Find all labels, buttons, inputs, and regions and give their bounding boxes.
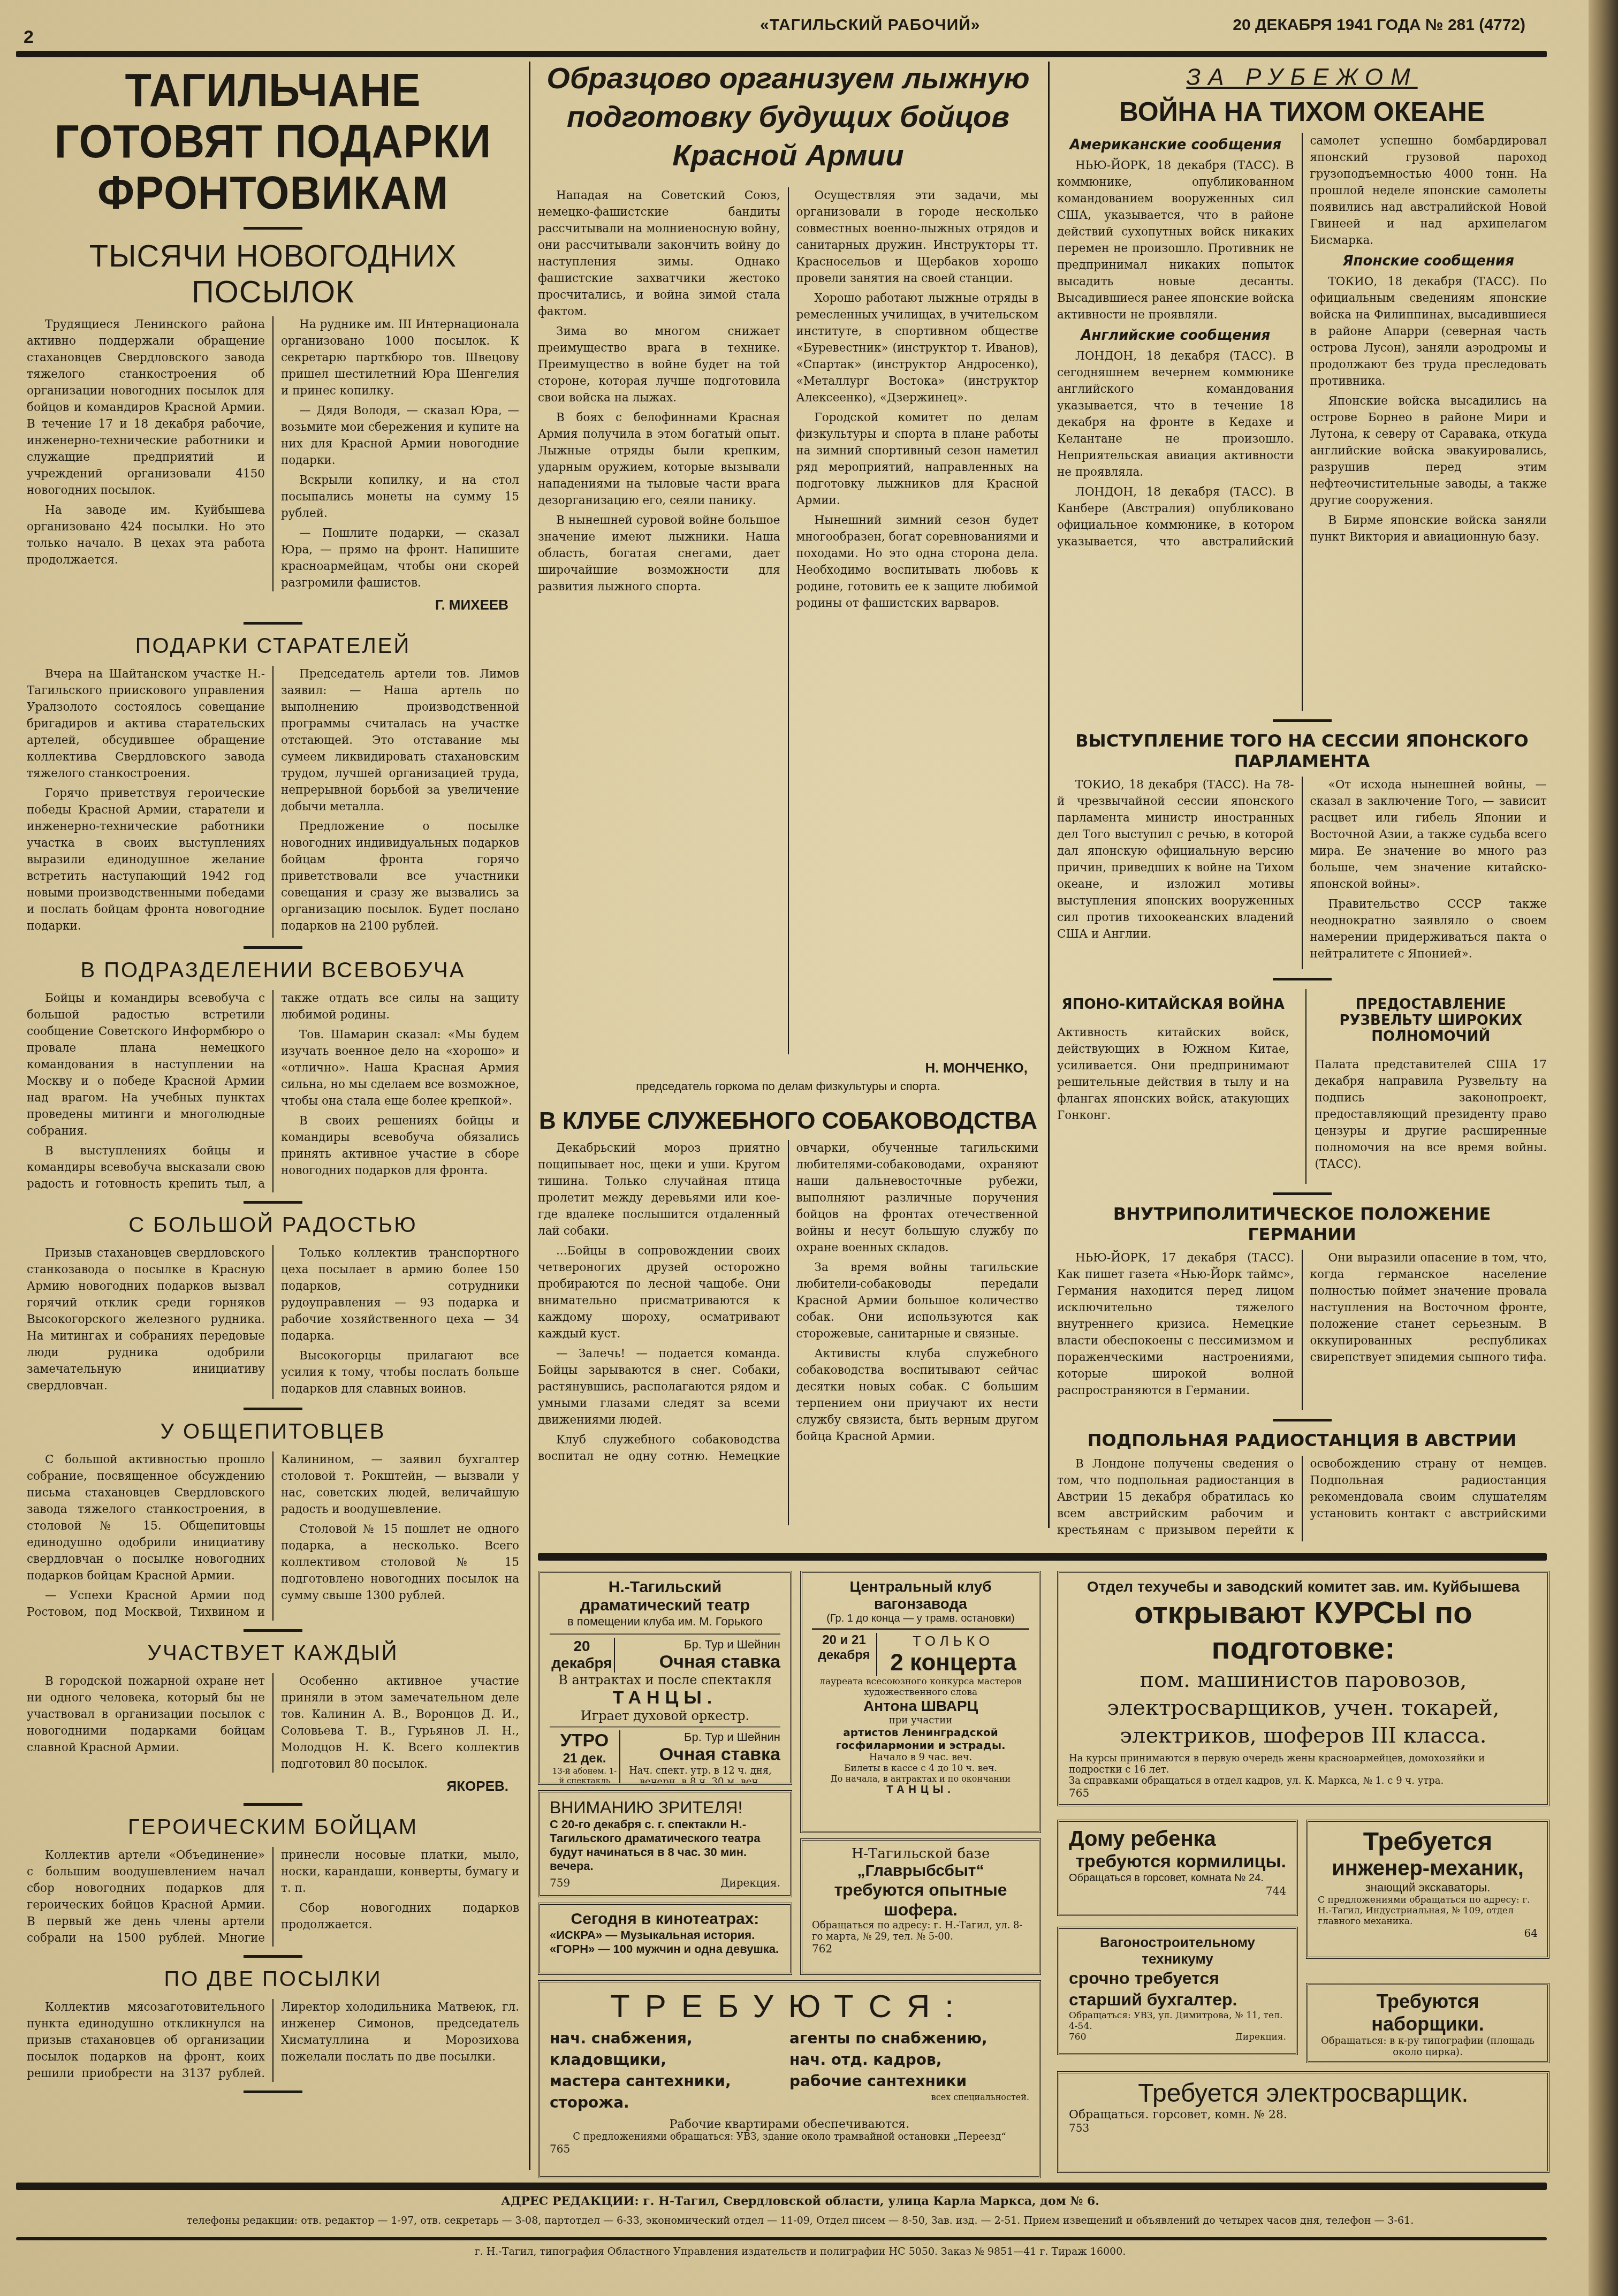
article-author: Г. МИХЕЕВ	[27, 597, 508, 613]
ski-author: Н. МОНЧЕНКО,	[538, 1060, 1028, 1076]
vacancy-item: нач. отд. кадров,	[789, 2049, 1029, 2071]
vacancy-item: агенты по снабжению,	[789, 2028, 1029, 2049]
page-edge	[1589, 0, 1618, 2296]
paragraph: С большой активностью прошло собрание, п…	[27, 1451, 265, 1584]
news-subtitle: Японские сообщения	[1310, 253, 1547, 269]
accountant-title: срочно требуется старший бухгалтер.	[1069, 1967, 1286, 2010]
course-item: электриков, шоферов III класса.	[1069, 1722, 1538, 1750]
paragraph: — Залечь! — подается команда. Бойцы зары…	[538, 1345, 780, 1428]
engineer-code: 64	[1318, 1927, 1538, 1940]
accountant-sign: Дирекция.	[1235, 2032, 1286, 2042]
togo-title: ВЫСТУПЛЕНИЕ ТОГО НА СЕССИИ ЯПОНСКОГО ПАР…	[1057, 731, 1547, 771]
paragraph: Осуществляя эти задачи, мы организовали …	[796, 187, 1039, 287]
theatre-authors2: Бр. Тур и Шейнин	[620, 1730, 780, 1744]
dog-club-title: В КЛУБЕ СЛУЖЕБНОГО СОБАКОВОДСТВА	[538, 1108, 1038, 1135]
divider	[244, 1201, 302, 1204]
paragraph: На руднике им. III Интернационала органи…	[281, 316, 519, 399]
vacancies-ad: ТРЕБУЮТСЯ: нач. снабжения,кладовщики,мас…	[538, 1980, 1041, 2178]
vacancy-item: мастера сантехники,	[550, 2071, 789, 2092]
article-body: Коллектив мясозаготовительного пункта ед…	[27, 1999, 519, 2082]
cinema-line: «ИСКРА» — Музыкальная история.	[550, 1928, 780, 1942]
nursery-title: Дому ребенка	[1069, 1827, 1286, 1851]
paragraph: Декабрьский мороз приятно пощипывает нос…	[538, 1140, 780, 1240]
japan-china-title: ЯПОНО-КИТАЙСКАЯ ВОЙНА	[1057, 997, 1289, 1013]
theatre-play2: Очная ставка	[620, 1744, 780, 1765]
course-item: электросварщиков, учен. токарей,	[1069, 1694, 1538, 1722]
club-route: (Гр. 1 до конца — у трамв. остановки)	[812, 1613, 1029, 1625]
welder-ad: Требуется электросварщик. Обращаться. го…	[1057, 2071, 1549, 2173]
typesetters-contact: Обращаться: в к-ру типографии (площадь о…	[1318, 2035, 1538, 2058]
nursery-contact: Обращаться в горсовет, комната № 24.	[1069, 1872, 1286, 1884]
page-number: 2	[24, 27, 34, 48]
paragraph: ЛОНДОН, 18 декабря (ТАСС). В сегодняшнем…	[1057, 348, 1294, 481]
paragraph: На заводе им. Куйбышева организовано 424…	[27, 502, 265, 568]
divider	[1273, 1419, 1332, 1421]
cinema-ad: Сегодня в кинотеатрах: «ИСКРА» — Музыкал…	[538, 1903, 792, 1975]
glavryba-code: 762	[812, 1942, 1029, 1955]
vacancies-note: всех специальностей.	[789, 2092, 1029, 2102]
welder-title: Требуется электросварщик.	[1069, 2079, 1538, 2108]
paragraph: «От исхода нынешней войны, — сказал в за…	[1310, 777, 1547, 893]
divider	[244, 1955, 302, 1958]
ski-headline: Образцово организуем лыжную подготовку б…	[538, 59, 1038, 174]
club-title: Центральный клуб вагонзавода	[812, 1578, 1029, 1613]
paragraph: Бойцы и командиры всевобуча с большой ра…	[27, 990, 265, 1139]
theatre-times: Нач. спект. утр. в 12 ч. дня, вечерн. в …	[620, 1765, 780, 1785]
accountant-ad: Вагоностроительному техникуму срочно тре…	[1057, 1927, 1298, 2055]
vacancy-item: нач. снабжения,	[550, 2028, 789, 2049]
vacancy-item: кладовщики,	[550, 2049, 789, 2071]
theatre-band: Играет духовой оркестр.	[550, 1708, 780, 1723]
paragraph: Японские войска высадились на острове Бо…	[1310, 393, 1547, 509]
paragraph: Вскрыли копилку, и на стол посыпались мо…	[281, 472, 519, 522]
ski-article-body: Нападая на Советский Союз, немецко-фашис…	[538, 187, 1038, 1054]
paragraph: — Пошлите подарки, — сказал Юра, — прямо…	[281, 525, 519, 591]
paragraph: Предложение о посылке новогодних индивид…	[281, 818, 519, 934]
club-laureate: лауреата всесоюзного конкурса мастеров х…	[812, 1676, 1029, 1698]
paragraph: Активность китайских войск, действующих …	[1057, 1024, 1289, 1124]
ski-article: Образцово организуем лыжную подготовку б…	[538, 59, 1038, 1097]
club-dances: ТАНЦЫ.	[812, 1784, 1029, 1796]
theatre-dances: ТАНЦЫ.	[550, 1687, 780, 1708]
glavryba-line1: Н-Тагильской базе	[812, 1846, 1029, 1862]
divider	[244, 1408, 302, 1410]
article-body: Призыв стахановцев свердловского станкоз…	[27, 1245, 519, 1399]
article-list: ТЫСЯЧИ НОВОГОДНИХ ПОСЫЛОКТрудящиеся Лени…	[27, 238, 519, 2093]
club-artists: артистов Ленинградской госфилармонии и э…	[812, 1726, 1029, 1752]
vacancies-code: 765	[550, 2142, 1029, 2155]
course-item: пом. машинистов паровозов,	[1069, 1666, 1538, 1694]
paragraph: Горячо приветствуя героические победы Кр…	[27, 785, 265, 934]
roosevelt-body: Палата представителей США 17 декабря нап…	[1315, 1056, 1547, 1173]
article-author: ЯКОРЕВ.	[27, 1778, 508, 1795]
article-title: С БОЛЬШОЙ РАДОСТЬЮ	[27, 1213, 519, 1237]
club-dates: 20 и 21 декабря	[812, 1633, 877, 1676]
paragraph: ...Бойцы в сопровождении своих четвероно…	[538, 1243, 780, 1342]
paragraph: Столовой № 15 пошлет не одного подарка, …	[281, 1521, 519, 1604]
japan-china-body: Активность китайских войск, действующих …	[1057, 1024, 1289, 1124]
editorial-phones: телефоны редакции: отв. редактор — 1-97,…	[16, 2215, 1584, 2226]
austria-body: В Лондоне получены сведения о том, что п…	[1057, 1456, 1547, 1541]
theatre-date2: 21 дек.	[550, 1751, 619, 1766]
article-body: С большой активностью прошло собрание, п…	[27, 1451, 519, 1621]
news-subtitle: Английские сообщения	[1057, 328, 1294, 344]
main-headline: ТАГИЛЬЧАНЕ ГОТОВЯТ ПОДАРКИ ФРОНТОВИКАМ	[47, 64, 499, 218]
printer-info: г. Н.-Тагил, типография Областного Управ…	[16, 2246, 1584, 2257]
paragraph: За время войны тагильские любители-собак…	[796, 1259, 1039, 1342]
vacancies-right-list: агенты по снабжению,нач. отд. кадров,раб…	[789, 2028, 1029, 2113]
welder-contact: Обращаться. горсовет, комн. № 28.	[1069, 2108, 1538, 2122]
cinema-title: Сегодня в кинотеатрах:	[550, 1910, 780, 1928]
courses-ad: Отдел техучебы и заводский комитет зав. …	[1057, 1571, 1549, 1806]
news-subtitle: Американские сообщения	[1057, 137, 1294, 153]
nursery-ad: Дому ребенка требуются кормилицы. Обраща…	[1057, 1820, 1298, 1916]
editorial-address: АДРЕС РЕДАКЦИИ: г. Н-Тагил, Свердловской…	[16, 2194, 1584, 2208]
club-with: при участии	[812, 1715, 1029, 1726]
cinema-line: «ГОРН» — 100 мужчин и одна девушка.	[550, 1942, 780, 1956]
divider	[1273, 1192, 1332, 1195]
vacancies-contact: С предложениями обращаться: УВЗ, здание …	[550, 2131, 1029, 2142]
paragraph: В нынешней суровой войне большое значени…	[538, 512, 780, 595]
ski-author-title: председатель горкома по делам физкультур…	[538, 1079, 1038, 1093]
courses-contact: За справками обращаться в отдел кадров, …	[1069, 1775, 1538, 1786]
vacancies-left-list: нач. снабжения,кладовщики,мастера сантех…	[550, 2028, 789, 2113]
theatre-play1: Очная ставка	[615, 1652, 780, 1672]
nursery-sub: требуются кормилицы.	[1069, 1851, 1286, 1872]
club-tickets: Билеты в кассе с 4 до 10 ч. веч.	[812, 1763, 1029, 1774]
paragraph: Председатель артели тов. Лимов заявил: —…	[281, 666, 519, 815]
glavryba-contact: Обращаться по адресу: г. Н.-Тагил, ул. 8…	[812, 1920, 1029, 1942]
divider	[244, 622, 302, 625]
divider	[1273, 978, 1332, 980]
dog-club-body: Декабрьский мороз приятно пощипывает нос…	[538, 1140, 1038, 1525]
footer-rule	[16, 2237, 1547, 2240]
article-title: В ПОДРАЗДЕЛЕНИИ ВСЕВОБУЧА	[27, 959, 519, 983]
paragraph: В Лондоне получены сведения о том, что п…	[1057, 1456, 1547, 1541]
club-performer: Антона ШВАРЦ	[812, 1698, 1029, 1715]
attention-code: 759	[550, 1876, 570, 1889]
engineer-desc: знающий экскаваторы.	[1318, 1881, 1538, 1895]
glavryba-line2: „Главрыбсбыт“	[812, 1862, 1029, 1880]
masthead: 2 «ТАГИЛЬСКИЙ РАБОЧИЙ» 20 ДЕКАБРЯ 1941 Г…	[16, 11, 1584, 48]
divider	[1273, 719, 1332, 722]
paragraph: Только коллектив транспортного цеха посы…	[281, 1245, 519, 1344]
paragraph: НЬЮ-ЙОРК, 17 декабря (ТАСС). Как пишет г…	[1057, 1250, 1294, 1399]
paragraph: Нынешний зимний сезон будет многообразен…	[796, 512, 1039, 612]
paragraph: Вчера на Шайтанском участке Н.-Тагильско…	[27, 666, 265, 782]
paragraph: Коллектив мясозаготовительного пункта ед…	[27, 1999, 519, 2082]
foreign-news-section: ЗА РУБЕЖОМ ВОЙНА НА ТИХОМ ОКЕАНЕ Америка…	[1057, 54, 1547, 1541]
attention-ad: ВНИМАНИЮ ЗРИТЕЛЯ! С 20-го декабря с. г. …	[538, 1790, 792, 1897]
club-concerts: 2 концерта	[877, 1649, 1029, 1676]
courses-headline: открывают КУРСЫ по подготовке:	[1069, 1595, 1538, 1666]
article-body: В городской пожарной охране нет ни одног…	[27, 1673, 519, 1773]
glavrybsbyt-ad: Н-Тагильской базе „Главрыбсбыт“ требуютс…	[800, 1838, 1041, 1975]
vacancies-title: ТРЕБУЮТСЯ:	[550, 1988, 1029, 2025]
article-title: ГЕРОИЧЕСКИМ БОЙЦАМ	[27, 1815, 519, 1839]
article-body: Коллектив артели «Объединение» с большим…	[27, 1847, 519, 1947]
accountant-org: Вагоностроительному техникуму	[1069, 1934, 1286, 1967]
ads-rule	[538, 1553, 1547, 1561]
article-title: УЧАСТВУЕТ КАЖДЫЙ	[27, 1641, 519, 1666]
vagonzavod-club-ad: Центральный клуб вагонзавода (Гр. 1 до к…	[800, 1571, 1041, 1833]
article-body: Бойцы и командиры всевобуча с большой ра…	[27, 990, 519, 1192]
paragraph: Трудящиеся Ленинского района активно под…	[27, 316, 265, 499]
article-body: Трудящиеся Ленинского района активно под…	[27, 316, 519, 591]
pacific-war-body: Американские сообщенияНЬЮ-ЙОРК, 18 декаб…	[1057, 133, 1547, 711]
courses-org: Отдел техучебы и заводский комитет зав. …	[1069, 1578, 1538, 1595]
theatre-ad: Н.-Тагильский драматический театр в поме…	[538, 1571, 792, 1785]
article-body: Вчера на Шайтанском участке Н.-Тагильско…	[27, 666, 519, 938]
paragraph: В городской пожарной охране нет ни одног…	[27, 1673, 265, 1756]
vacancy-item: рабочие сантехники	[789, 2071, 1029, 2092]
attention-sign: Дирекция.	[720, 1876, 780, 1889]
engineer-contact: С предложениями обращаться по адресу: г.…	[1318, 1895, 1538, 1927]
rubric-abroad: ЗА РУБЕЖОМ	[1057, 64, 1547, 91]
japan-china-news: ЯПОНО-КИТАЙСКАЯ ВОЙНА Активность китайск…	[1057, 989, 1289, 1184]
club-dances-pre: До начала, в антрактах и по окончании	[812, 1774, 1029, 1784]
theatre-title: Н.-Тагильский драматический театр	[550, 1578, 780, 1615]
paragraph: — Дядя Володя, — сказал Юра, — возьмите …	[281, 402, 519, 469]
article-title: У ОБЩЕПИТОВЦЕВ	[27, 1420, 519, 1444]
paragraph: Сбор новогодних подарков продолжается.	[281, 1900, 519, 1933]
column-divider	[1048, 62, 1050, 1528]
paragraph: Тов. Шамарин сказал: «Мы будем изучать в…	[281, 1027, 519, 1109]
theatre-date1: 20 декабря	[550, 1638, 615, 1672]
divider	[244, 227, 302, 230]
issue-date: 20 ДЕКАБРЯ 1941 ГОДА № 281 (4772)	[1233, 16, 1525, 34]
dog-club-article: В КЛУБЕ СЛУЖЕБНОГО СОБАКОВОДСТВА Декабрь…	[538, 1103, 1038, 1547]
article-title: ПОДАРКИ СТАРАТЕЛЕЙ	[27, 634, 519, 658]
divider	[244, 1803, 302, 1806]
accountant-contact: Обращаться: УВЗ, ул. Димитрова, № 11, те…	[1069, 2010, 1286, 2032]
paragraph: Особенно активное участие приняли в этом…	[281, 1673, 519, 1773]
divider	[244, 946, 302, 949]
article-title: ТЫСЯЧИ НОВОГОДНИХ ПОСЫЛОК	[27, 238, 519, 310]
courses-list: пом. машинистов паровозов,электросварщик…	[1069, 1666, 1538, 1750]
footer-rule	[16, 2183, 1547, 2190]
courses-code: 765	[1069, 1786, 1538, 1799]
paragraph: Призыв стахановцев свердловского станкоз…	[27, 1245, 265, 1394]
paragraph: Нападая на Советский Союз, немецко-фашис…	[538, 187, 780, 320]
paragraph: ТОКИО, 18 декабря (ТАСС). По официальным…	[1310, 273, 1547, 390]
paragraph: Городской комитет по делам физкультуры и…	[796, 409, 1039, 509]
theatre-after: В антрактах и после спектакля	[550, 1672, 780, 1687]
paragraph: Правительство СССР также неоднократно за…	[1310, 896, 1547, 962]
vacancy-item: сторожа.	[550, 2092, 789, 2113]
paragraph: Палата представителей США 17 декабря нап…	[1315, 1056, 1547, 1173]
typesetters-title: Требуются наборщики.	[1318, 1990, 1538, 2035]
vacancies-housing: Рабочие квартирами обеспечиваются.	[550, 2118, 1029, 2131]
paragraph: В Бирме японские войска заняли пункт Вик…	[1310, 512, 1547, 545]
roosevelt-news: ПРЕДОСТАВЛЕНИЕ РУЗВЕЛЬТУ ШИРОКИХ ПОЛНОМО…	[1305, 989, 1547, 1184]
divider	[244, 1629, 302, 1632]
germany-title: ВНУТРИПОЛИТИЧЕСКОЕ ПОЛОЖЕНИЕ ГЕРМАНИИ	[1057, 1204, 1547, 1244]
theatre-venue: в помещении клуба им. М. Горького	[550, 1615, 780, 1629]
home-front-section: ТАГИЛЬЧАНЕ ГОТОВЯТ ПОДАРКИ ФРОНТОВИКАМ Т…	[27, 64, 519, 2162]
pacific-war-headline: ВОЙНА НА ТИХОМ ОКЕАНЕ	[1057, 96, 1547, 127]
article-title: ПО ДВЕ ПОСЫЛКИ	[27, 1967, 519, 1991]
attention-title: ВНИМАНИЮ ЗРИТЕЛЯ!	[550, 1798, 780, 1818]
divider	[244, 2090, 302, 2093]
germany-body: НЬЮ-ЙОРК, 17 декабря (ТАСС). Как пишет г…	[1057, 1250, 1547, 1410]
attention-text: С 20-го декабря с. г. спектакли Н.-Тагил…	[550, 1818, 780, 1873]
nursery-code: 744	[1069, 1884, 1286, 1897]
roosevelt-title: ПРЕДОСТАВЛЕНИЕ РУЗВЕЛЬТУ ШИРОКИХ ПОЛНОМО…	[1315, 997, 1547, 1045]
column-divider	[529, 62, 530, 2170]
paragraph: Высокогорцы прилагают все усилия к тому,…	[281, 1348, 519, 1397]
paragraph: ТОКИО, 18 декабря (ТАСС). На 78-й чрезвы…	[1057, 777, 1294, 942]
theatre-morning: УТРО	[550, 1730, 619, 1751]
paragraph: Они выразили опасение в том, что, когда …	[1310, 1250, 1547, 1366]
paragraph: Зима во многом снижает преимущество враг…	[538, 323, 780, 406]
typesetters-ad: Требуются наборщики. Обращаться: в к-ру …	[1306, 1983, 1549, 2063]
theatre-authors1: Бр. Тур и Шейнин	[615, 1638, 780, 1652]
paragraph: Активисты клуба служебного собаководства…	[796, 1345, 1039, 1445]
paragraph: В своих решениях бойцы и командиры всево…	[281, 1113, 519, 1179]
paper-name: «ТАГИЛЬСКИЙ РАБОЧИЙ»	[760, 16, 980, 34]
austria-title: ПОДПОЛЬНАЯ РАДИОСТАНЦИЯ В АВСТРИИ	[1057, 1430, 1547, 1450]
paragraph: НЬЮ-ЙОРК, 18 декабря (ТАСС). В коммюнике…	[1057, 157, 1294, 323]
welder-code: 753	[1069, 2122, 1538, 2134]
courses-note: На курсы принимаются в первую очередь же…	[1069, 1753, 1538, 1775]
glavryba-line3: требуются опытные шофера.	[812, 1880, 1029, 1920]
engineer-title: Требуется	[1318, 1827, 1538, 1857]
twin-news: ЯПОНО-КИТАЙСКАЯ ВОЙНА Активность китайск…	[1057, 989, 1547, 1184]
togo-body: ТОКИО, 18 декабря (ТАСС). На 78-й чрезвы…	[1057, 777, 1547, 969]
paragraph: Хорошо работают лыжные отряды в ремеслен…	[796, 290, 1039, 406]
club-start: Начало в 9 час. веч.	[812, 1752, 1029, 1763]
accountant-code: 760	[1069, 2032, 1086, 2042]
club-only: ТОЛЬКО	[877, 1633, 1029, 1649]
engineer-sub: инженер-механик,	[1318, 1857, 1538, 1881]
engineer-ad: Требуется инженер-механик, знающий экска…	[1306, 1820, 1549, 1959]
newspaper-page: 2 «ТАГИЛЬСКИЙ РАБОЧИЙ» 20 ДЕКАБРЯ 1941 Г…	[16, 0, 1584, 2296]
theatre-subscription: 13-й абонем. 1-й спектакль	[550, 1766, 619, 1785]
paragraph: В боях с белофиннами Красная Армия получ…	[538, 409, 780, 509]
